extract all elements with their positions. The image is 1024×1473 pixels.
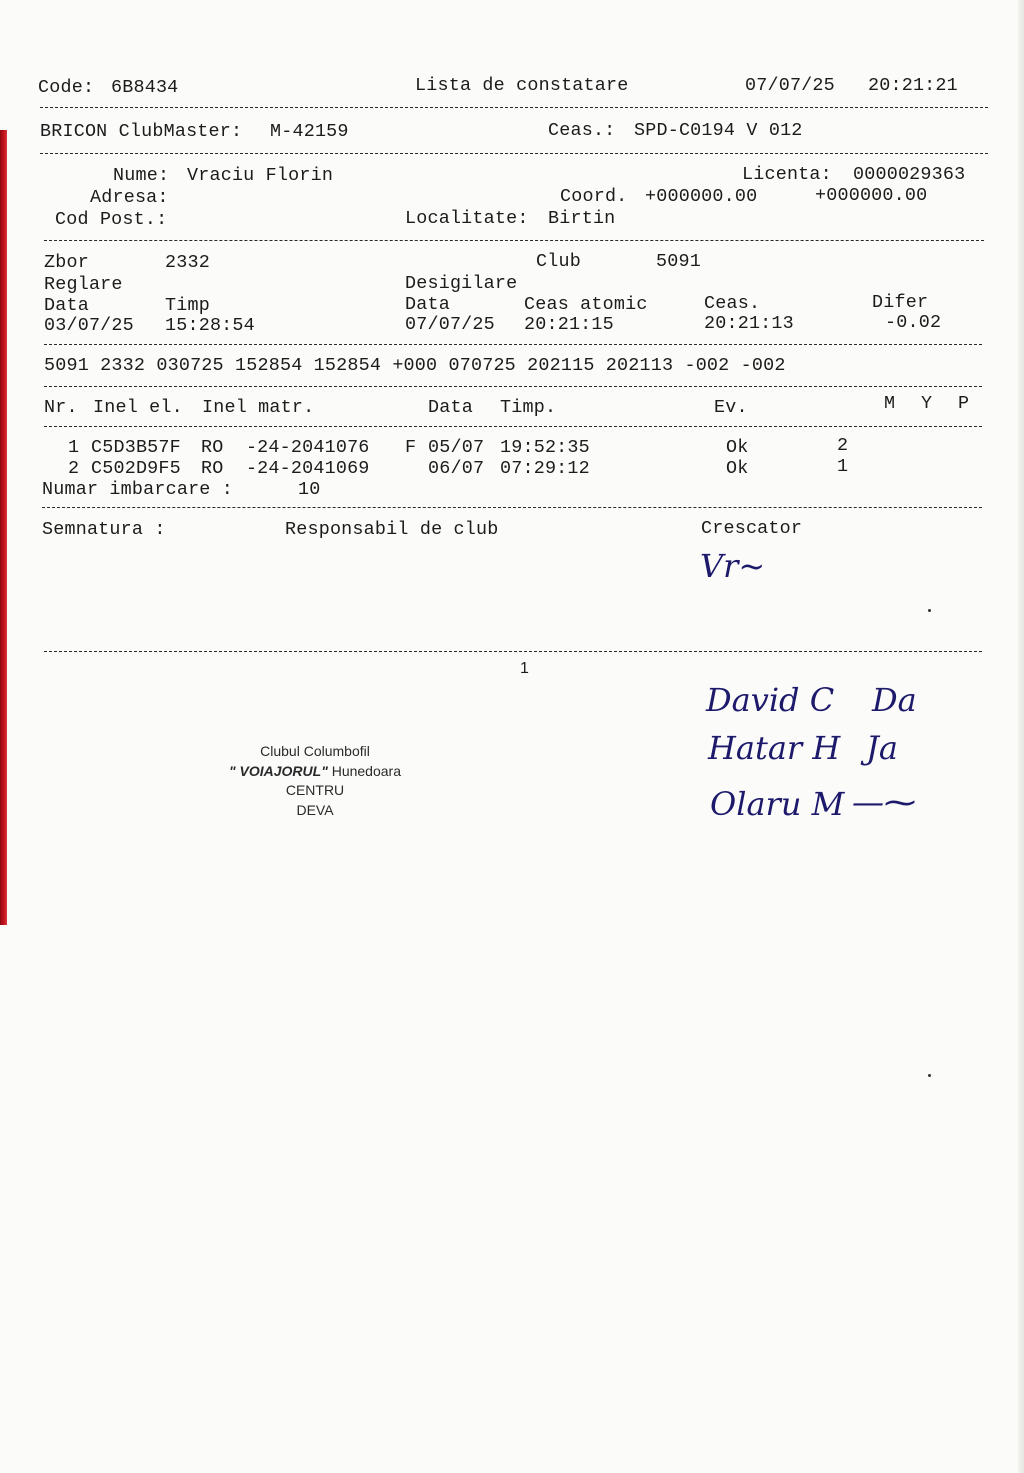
- setting-time: 15:28:54: [165, 316, 255, 336]
- divider: [44, 344, 982, 345]
- divider: [40, 153, 988, 154]
- boarding-value: 10: [298, 480, 320, 500]
- diff-value: -0.02: [885, 313, 941, 333]
- club-label: Club: [536, 252, 581, 272]
- setting-time-label: Timp: [165, 296, 210, 316]
- commission-name-1: David C: [706, 682, 834, 718]
- coord-x: +000000.00: [645, 187, 757, 207]
- row-ring-matr: RO -24-2041076: [201, 438, 370, 458]
- address-label: Adresa:: [90, 188, 169, 208]
- col-p: P: [958, 394, 969, 414]
- unseal-date: 07/07/25: [405, 315, 495, 335]
- stamp-line-4: DEVA: [190, 801, 440, 821]
- boarding-label: Numar imbarcare :: [42, 480, 233, 500]
- clock-time: 20:21:13: [704, 314, 794, 334]
- row-ev: Ok: [726, 459, 748, 479]
- license-value: 0000029363: [853, 165, 965, 185]
- name-value: Vraciu Florin: [187, 166, 333, 186]
- name-label: Nume:: [113, 166, 169, 186]
- col-ring-matr: Inel matr.: [202, 398, 314, 418]
- breeder-signature: Vr~: [700, 548, 765, 584]
- row-ring-matr: RO -24-2041069: [201, 459, 370, 479]
- clock-value: SPD-C0194 V 012: [634, 121, 803, 141]
- row-flag: F: [405, 438, 416, 458]
- stamp-line-2: " VOIAJORUL" Hunedoara: [190, 762, 440, 782]
- row-nr: 2: [68, 459, 79, 479]
- coord-label: Coord.: [560, 187, 627, 207]
- header-date: 07/07/25: [745, 76, 835, 96]
- setting-label: Reglare: [44, 275, 123, 295]
- row-time: 07:29:12: [500, 459, 590, 479]
- speck: [928, 609, 931, 612]
- postcode-label: Cod Post.:: [55, 210, 167, 230]
- club-responsible-label: Responsabil de club: [285, 520, 499, 540]
- clubmaster-value: M-42159: [270, 122, 349, 142]
- atomic-clock-label: Ceas atomic: [524, 295, 648, 315]
- divider: [42, 507, 982, 508]
- clock-label-2: Ceas.: [704, 294, 760, 314]
- code-line: 5091 2332 030725 152854 152854 +000 0707…: [44, 356, 786, 376]
- breeder-label: Crescator: [701, 519, 802, 539]
- commission-sig-1: Da: [872, 682, 917, 718]
- col-date: Data: [428, 398, 473, 418]
- col-ring-el: Inel el.: [93, 398, 183, 418]
- row-date: 06/07: [428, 459, 484, 479]
- header-time: 20:21:21: [868, 76, 958, 96]
- col-time: Timp.: [500, 398, 556, 418]
- divider: [44, 240, 984, 241]
- code-label: Code:: [38, 78, 94, 98]
- commission-sig-3: —⁓: [852, 784, 916, 820]
- club-value: 5091: [656, 252, 701, 272]
- coord-y: +000000.00: [815, 186, 927, 206]
- divider: [44, 651, 982, 652]
- row-date: 05/07: [428, 438, 484, 458]
- commission-name-2: Hatar H: [708, 730, 840, 766]
- stamp-line-1: Clubul Columbofil: [190, 742, 440, 762]
- row-ev: Ok: [726, 438, 748, 458]
- paper-edge-shadow: [1018, 0, 1024, 1473]
- page-number: 1: [520, 660, 529, 678]
- paper-edge-red-strip: [0, 130, 7, 925]
- setting-date-label: Data: [44, 296, 89, 316]
- col-ev: Ev.: [714, 398, 748, 418]
- clock-label: Ceas.:: [548, 121, 615, 141]
- commission-sig-2: Ja: [866, 730, 898, 766]
- document-title: Lista de constatare: [415, 76, 629, 96]
- club-stamp: Clubul Columbofil " VOIAJORUL" Hunedoara…: [190, 742, 440, 820]
- locality-value: Birtin: [548, 209, 615, 229]
- row-ring-el: C5D3B57F: [91, 438, 181, 458]
- atomic-time: 20:21:15: [524, 315, 614, 335]
- commission-name-3: Olaru M: [710, 786, 844, 822]
- row-nr: 1: [68, 438, 79, 458]
- unseal-date-label: Data: [405, 295, 450, 315]
- divider: [44, 386, 982, 387]
- col-nr: Nr.: [44, 398, 78, 418]
- signature-label: Semnatura :: [42, 520, 166, 540]
- diff-label: Difer: [872, 293, 928, 313]
- flight-value: 2332: [165, 253, 210, 273]
- row-m: 1: [837, 457, 848, 477]
- unsealing-label: Desigilare: [405, 274, 517, 294]
- divider: [40, 107, 988, 108]
- row-ring-el: C502D9F5: [91, 459, 181, 479]
- setting-date: 03/07/25: [44, 316, 134, 336]
- locality-label: Localitate:: [405, 209, 529, 229]
- license-label: Licenta:: [742, 165, 832, 185]
- row-time: 19:52:35: [500, 438, 590, 458]
- col-y: Y: [921, 394, 932, 414]
- flight-label: Zbor: [44, 253, 89, 273]
- clubmaster-label: BRICON ClubMaster:: [40, 122, 242, 142]
- stamp-line-3: CENTRU: [190, 781, 440, 801]
- row-m: 2: [837, 436, 848, 456]
- divider: [44, 426, 982, 427]
- speck: [928, 1074, 931, 1077]
- code-value: 6B8434: [111, 78, 178, 98]
- col-m: M: [884, 394, 895, 414]
